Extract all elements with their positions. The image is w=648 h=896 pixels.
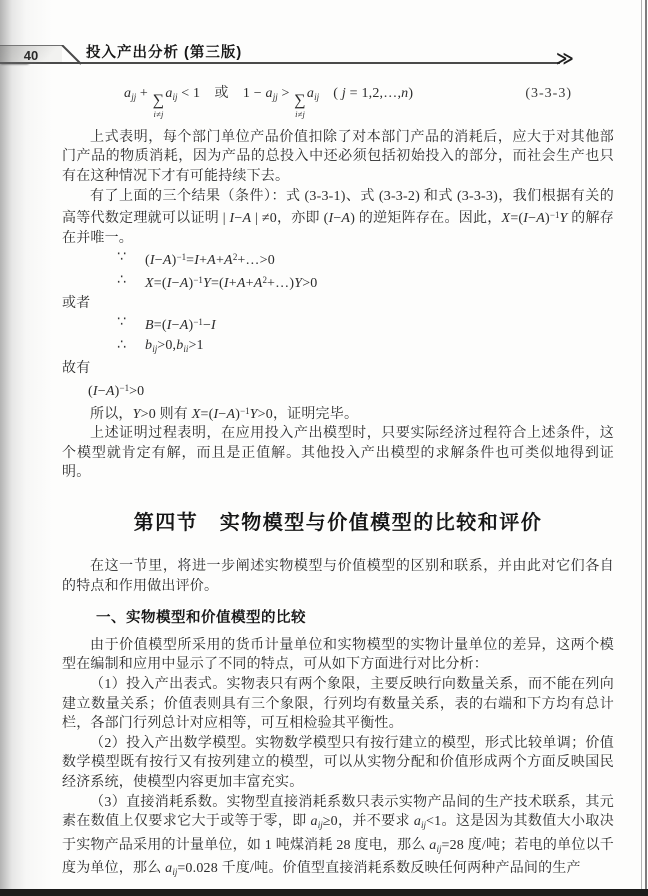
page-gutter-shadow xyxy=(0,0,54,896)
book-title: 投入产出分析 (第三版) xyxy=(86,45,242,62)
paragraph-upshot: 上式表明，每个部门单位产品价值扣除了对本部门产品的消耗后，应大于对其他部门产品的… xyxy=(62,128,614,187)
comparison-item-3: （3）直接消耗系数。实物型直接消耗系数只表示实物产品间的生产技术联系，其元素在数… xyxy=(62,793,614,883)
comparison-intro-paragraph: 由于价值模型所采用的货币计量单位和实物模型的实物计量单位的差异，这两个模型在编制… xyxy=(62,636,614,675)
derivation-result: (I−A)−1>0 xyxy=(62,379,614,402)
header-rule xyxy=(0,62,560,64)
comparison-item-2: （2）投入产出数学模型。实物数学模型只有按行建立的模型，形式比较单调；价值数学模… xyxy=(62,734,614,793)
page-edge-line xyxy=(641,0,642,896)
derivation-expression: B=(I−A)−1−I xyxy=(145,313,216,336)
therefore-symbol: ∴ xyxy=(117,271,134,294)
derivation-expression: bij>0,bii>1 xyxy=(145,336,204,360)
connective-word: 故有 xyxy=(62,359,614,379)
equation-expression: ajj + ∑i≠jaij < 1 或 1 − ajj > ∑i≠jaij ( … xyxy=(124,84,413,119)
chevrons-right-icon: ≫ xyxy=(556,51,574,68)
equation-3-3-3: ajj + ∑i≠jaij < 1 或 1 − ajj > ∑i≠jaij ( … xyxy=(62,84,614,119)
derivation-line: ∴ bij>0,bii>1 xyxy=(62,336,614,360)
section-title: 第四节 实物模型与价值模型的比较和评价 xyxy=(62,511,614,535)
paragraph-proof-remark: 上述证明过程表明，在应用投入产出模型时，只要实际经济过程符合上述条件，这个模型就… xyxy=(62,424,614,483)
derivation-line: ∴ X=(I−A)−1Y=(I+A+A2+…)Y>0 xyxy=(62,271,614,294)
because-symbol: ∵ xyxy=(117,248,134,271)
paragraph-conclusion: 所以，Y>0 则有 X=(I−A)−1Y>0，证明完毕。 xyxy=(62,402,614,425)
equation-number: (3-3-3) xyxy=(525,84,572,104)
derivation-expression: (I−A)−1=I+A+A2+…>0 xyxy=(145,248,275,271)
page-edge-line xyxy=(645,0,647,896)
page-content: ajj + ∑i≠jaij < 1 或 1 − ajj > ∑i≠jaij ( … xyxy=(62,78,614,883)
derivation-line: ∵ (I−A)−1=I+A+A2+…>0 xyxy=(62,248,614,271)
derivation-line: ∵ B=(I−A)−1−I xyxy=(62,313,614,336)
therefore-symbol: ∴ xyxy=(117,336,134,360)
connective-word: 或者 xyxy=(62,294,614,314)
subsection-title: 一、实物模型和价值模型的比较 xyxy=(96,609,614,629)
section-intro-paragraph: 在这一节里，将进一步阐述实物模型与价值模型的区别和联系，并由此对它们各自的特点和… xyxy=(62,557,614,596)
derivation-expression: X=(I−A)−1Y=(I+A+A2+…)Y>0 xyxy=(145,271,318,294)
paragraph-conditions: 有了上面的三个结果（条件）：式 (3-3-1)、式 (3-3-2) 和式 (3-… xyxy=(62,187,614,249)
scanned-book-page: 40 投入产出分析 (第三版) ≫ ajj + ∑i≠jaij < 1 或 1 … xyxy=(0,0,648,896)
page-number: 40 xyxy=(24,48,38,63)
comparison-item-1: （1）投入产出表式。实物表只有两个象限，主要反映行向数量关系，而不能在列向建立数… xyxy=(62,675,614,734)
page-bottom-edge xyxy=(0,889,648,896)
because-symbol: ∵ xyxy=(117,313,134,336)
